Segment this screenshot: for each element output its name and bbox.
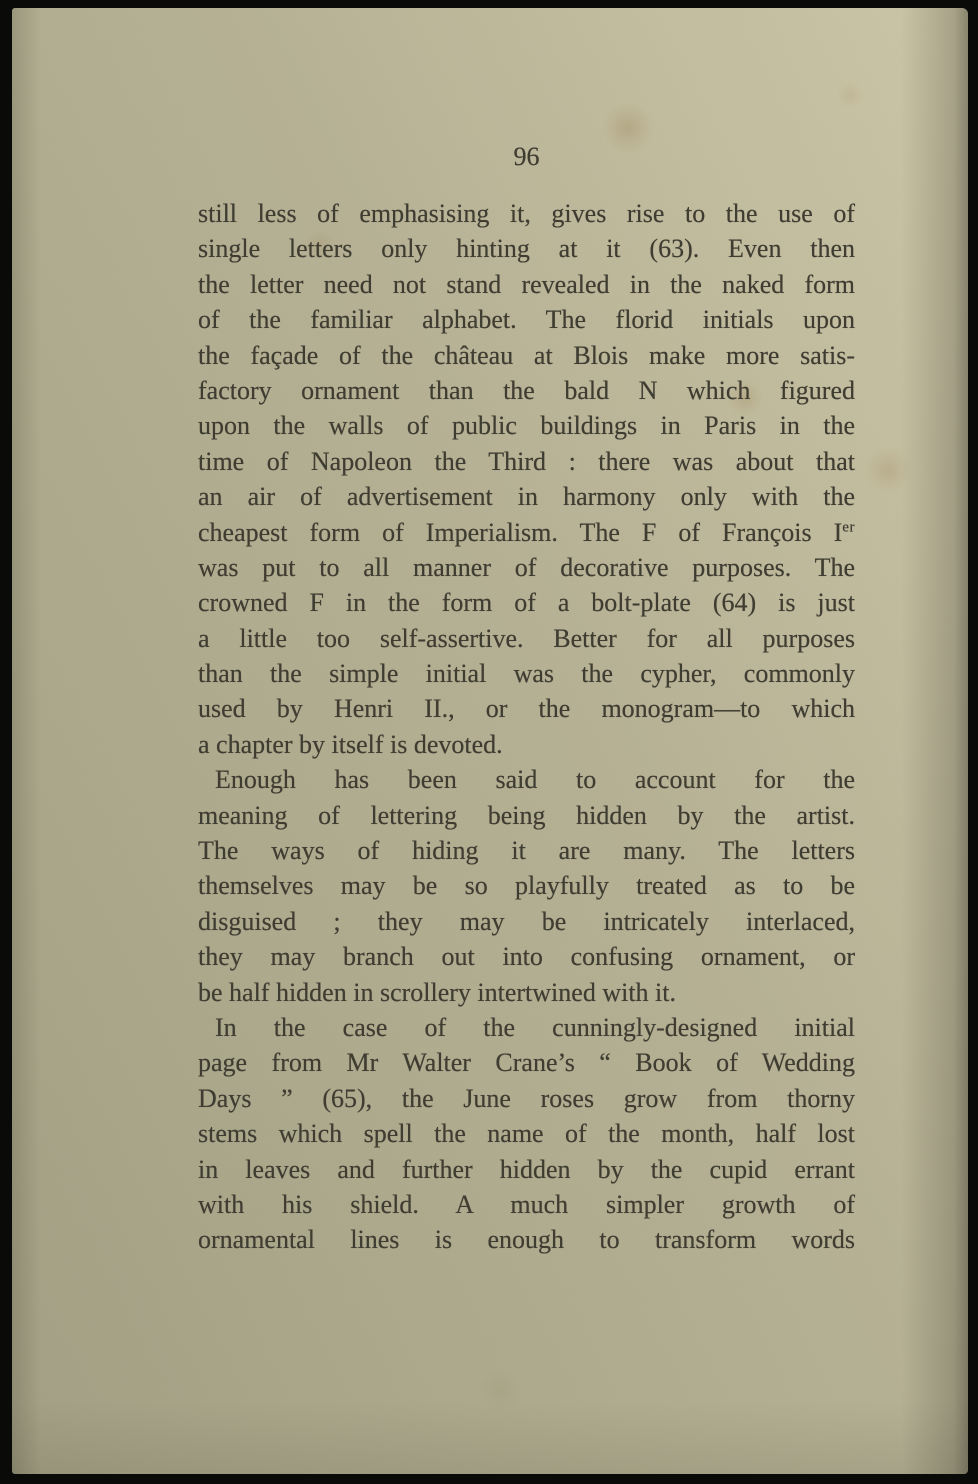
text-line: factory ornament than the bald N which f… [198,373,855,408]
text-line: was put to all manner of decorative purp… [198,550,855,585]
book-page: 96 still less of emphasising it, gives r… [12,8,968,1474]
text-line: the letter need not stand revealed in th… [198,267,855,302]
text-line: a chapter by itself is devoted. [198,727,855,762]
text-line: The ways of hiding it are many. The lett… [198,833,855,868]
text-line: a little too self-assertive. Better for … [198,621,855,656]
text-line: than the simple initial was the cypher, … [198,656,855,691]
text-line: the façade of the château at Blois make … [198,338,855,373]
text-line: single letters only hinting at it (63). … [198,231,855,266]
text-line: still less of emphasising it, gives rise… [198,196,855,231]
text-line: with his shield. A much simpler growth o… [198,1187,855,1222]
text-line: be half hidden in scrollery intertwined … [198,975,855,1010]
text-line: cheapest form of Imperialism. The F of F… [198,515,855,550]
text-line: stems which spell the name of the month,… [198,1116,855,1151]
text-line: of the familiar alphabet. The florid ini… [198,302,855,337]
text-line: Enough has been said to account for the [198,762,855,797]
text-line: page from Mr Walter Crane’s “ Book of We… [198,1045,855,1080]
scan-background: 96 still less of emphasising it, gives r… [0,0,978,1484]
text-line: meaning of lettering being hidden by the… [198,798,855,833]
text-line-main: cheapest form of Imperialism. The F of F… [198,518,842,547]
text-line: themselves may be so playfully treated a… [198,868,855,903]
text-line: Days ” (65), the June roses grow from th… [198,1081,855,1116]
text-line: used by Henri II., or the monogram—to wh… [198,691,855,726]
text-line: they may branch out into confusing ornam… [198,939,855,974]
text-line: In the case of the cunningly-designed in… [198,1010,855,1045]
text-line: time of Napoleon the Third : there was a… [198,444,855,479]
text-line: crowned F in the form of a bolt-plate (6… [198,585,855,620]
text-line: ornamental lines is enough to transform … [198,1222,855,1257]
page-number: 96 [198,139,855,174]
text-line: in leaves and further hidden by the cupi… [198,1152,855,1187]
text-line: upon the walls of public buildings in Pa… [198,408,855,443]
superscript-ordinal: er [842,519,855,535]
text-line: disguised ; they may be intricately inte… [198,904,855,939]
text-block: still less of emphasising it, gives rise… [198,196,855,1258]
text-line: an air of advertisement in harmony only … [198,479,855,514]
